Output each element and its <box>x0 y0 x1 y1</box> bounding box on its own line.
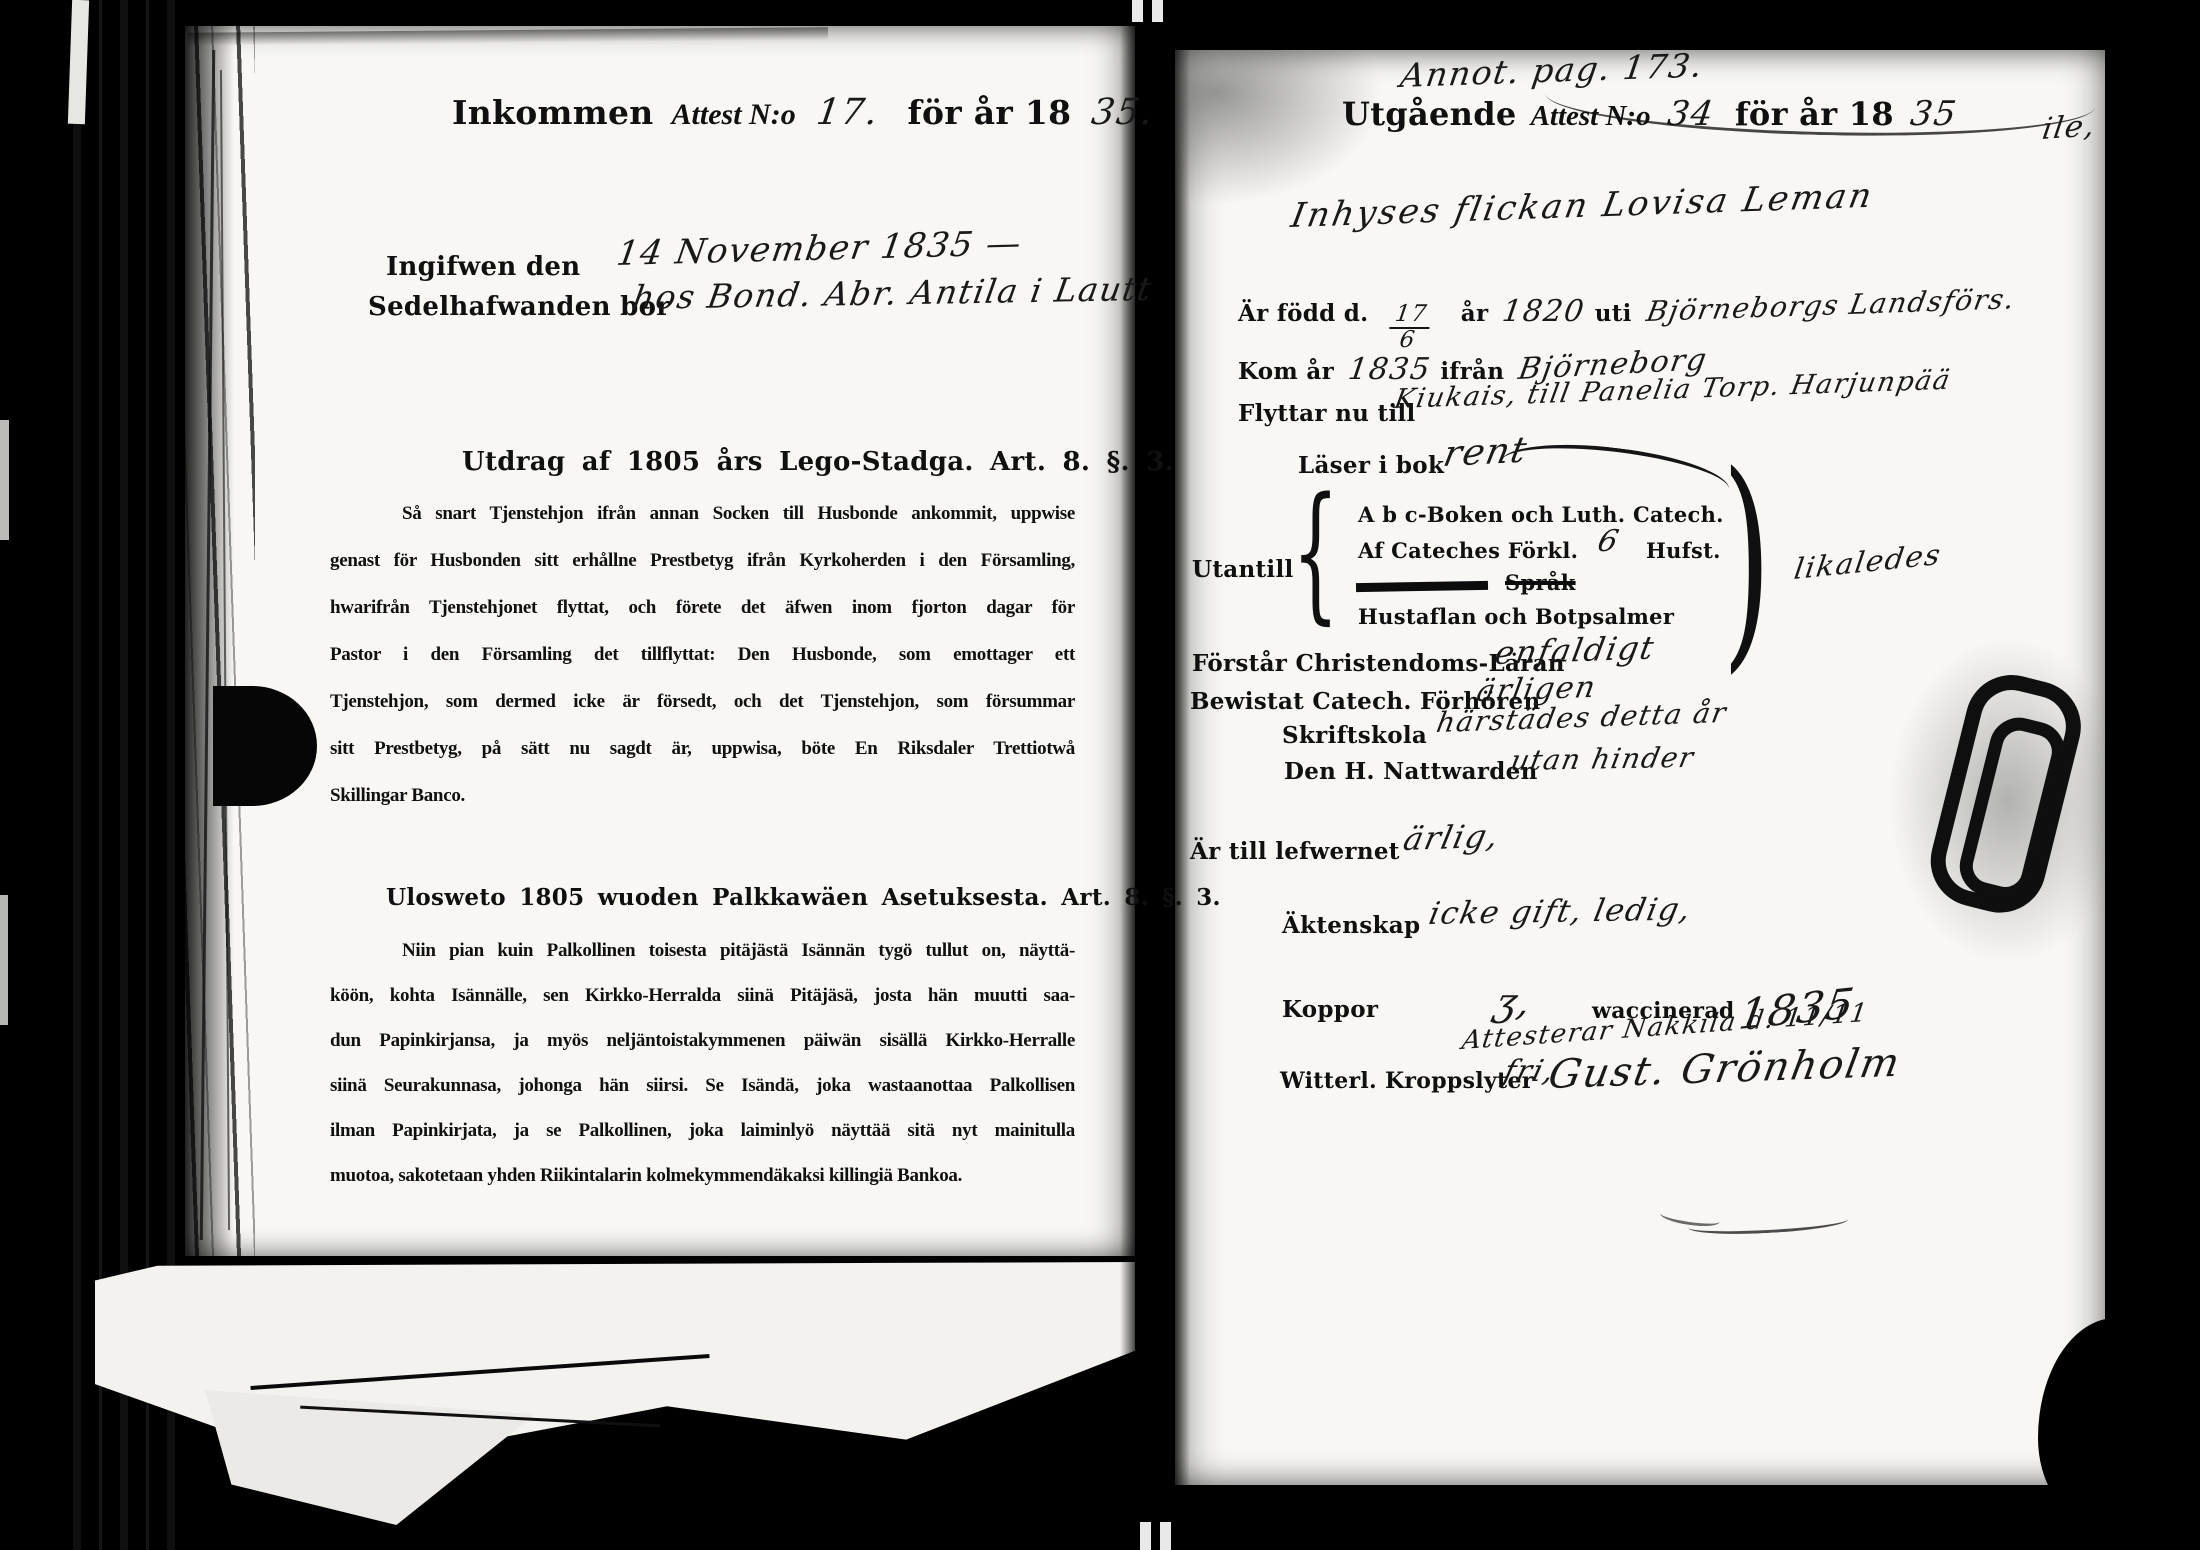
left-header-number: 17. <box>814 92 882 133</box>
nattwarden-label: Den H. Nattwarden <box>1284 758 1538 785</box>
paragraph-line: sitt Prestbetyg, på sätt nu sagdt är, up… <box>330 725 1075 772</box>
flyttar-label: Flyttar nu till <box>1238 400 1416 427</box>
born-row: Är född d. 17 6 år 1820 uti Björneborgs … <box>1238 294 2010 352</box>
left-header-year: 35. <box>1089 92 1157 133</box>
left-header-attest: Attest N:o <box>672 98 796 132</box>
sprocket-mark-top-2 <box>1152 0 1163 22</box>
paragraph-line: Skillingar Banco. <box>330 772 1075 819</box>
paragraph-line: genast för Husbonden sitt erhållne Prest… <box>330 537 1075 584</box>
ingifwen-label: Ingifwen den <box>386 252 580 282</box>
paper-sliver-low-left <box>0 895 8 1025</box>
paper-sliver-mid-left <box>0 420 9 540</box>
book-gutter <box>1120 0 1190 1550</box>
right-header-for-ar: för år 18 <box>1735 95 1894 133</box>
paragraph-line: Tjenstehjon, som dermed icke är försedt,… <box>330 678 1075 725</box>
paragraph-line: Så snart Tjenstehjon ifrån annan Socken … <box>330 490 1075 537</box>
birth-month: 6 <box>1399 329 1418 352</box>
right-header-number: 34 <box>1665 94 1717 134</box>
skriftskola-label: Skriftskola <box>1282 722 1427 749</box>
paragraph-line: Pastor i den Församling det tillflyttat:… <box>330 631 1075 678</box>
paragraph-line: siinä Seurakunnasa, johonga hän siirsi. … <box>330 1063 1075 1108</box>
finnish-paragraph: Niin pian kuin Palkollinen toisesta pitä… <box>330 928 1075 1198</box>
swedish-section-heading: Utdrag af 1805 års Lego-Stadga. Art. 8. … <box>462 447 1174 477</box>
utantill-open-brace: { <box>1292 478 1339 626</box>
paragraph-line: muotoa, sakotetaan yhden Riikintalarin k… <box>330 1153 1075 1198</box>
birthdate-fraction: 17 6 <box>1386 303 1433 352</box>
utantill-item-3-struck: Språk <box>1505 570 1576 595</box>
paragraph-line: Niin pian kuin Palkollinen toisesta pitä… <box>330 928 1075 973</box>
sprocket-mark-bottom-1 <box>1140 1522 1151 1550</box>
utantill-label: Utantill <box>1192 556 1294 583</box>
born-label: Är född d. <box>1238 300 1368 327</box>
scanned-book-spread: Inkommen Attest N:o 17. för år 18 35. In… <box>0 0 2200 1550</box>
right-header-year: 35 <box>1908 94 1960 134</box>
left-header-inkommen: Inkommen <box>452 93 654 132</box>
finnish-section-heading: Ulosweto 1805 wuoden Palkkawäen Asetukse… <box>386 884 1221 911</box>
paragraph-line: hwarifrån Tjenstehjonet flyttat, och för… <box>330 584 1075 631</box>
left-header: Inkommen Attest N:o 17. för år 18 35. <box>452 92 1151 133</box>
utantill-item-2-unit: Hufst. <box>1646 538 1721 563</box>
paragraph-line: dun Papinkirjansa, ja myös neljäntoistak… <box>330 1018 1075 1063</box>
lefwernet-label: Är till lefwernet <box>1190 838 1400 865</box>
koppor-label: Koppor <box>1282 996 1378 1023</box>
utantill-item-1: A b c-Boken och Luth. Catech. <box>1358 502 1724 527</box>
utantill-item-4: Hustaflan och Botpsalmer <box>1358 604 1674 629</box>
birth-year: 1820 <box>1500 294 1587 329</box>
right-header: Utgående Attest N:o 34 för år 18 35 <box>1342 94 1954 134</box>
forstar-value: enfaldigt <box>1492 628 1658 672</box>
sprocket-mark-top-1 <box>1132 0 1143 22</box>
utantill-close-brace: ) <box>1722 446 1772 676</box>
witterl-label: Witterl. Kroppslyter <box>1280 1068 1534 1094</box>
swedish-paragraph: Så snart Tjenstehjon ifrån annan Socken … <box>330 490 1075 819</box>
paragraph-line: köön, kohta Isännälle, sen Kirkko-Herral… <box>330 973 1075 1018</box>
aktenskap-value: icke gift, ledig, <box>1426 891 1695 932</box>
kom-label: Kom år <box>1238 358 1334 385</box>
laser-value: rent <box>1440 430 1531 475</box>
utantill-item-2: Af Cateches Förkl. <box>1358 538 1578 563</box>
lefwernet-value: ärlig, <box>1400 817 1503 858</box>
nattwarden-value: utan hinder <box>1508 741 1697 777</box>
born-uti-label: uti <box>1595 300 1632 327</box>
kom-year: 1835 <box>1346 352 1433 387</box>
left-header-for-ar: för år 18 <box>907 93 1071 132</box>
paragraph-line: ilman Papinkirjata, ja se Palkollinen, j… <box>330 1108 1075 1153</box>
right-header-utgaende: Utgående <box>1342 95 1517 133</box>
sedelhafwanden-label: Sedelhafwanden bor <box>368 292 670 322</box>
aktenskap-label: Äktenskap <box>1282 912 1420 939</box>
born-ar-label: år <box>1461 300 1489 327</box>
right-header-attest: Attest N:o <box>1531 100 1651 133</box>
page-edge-scribble: ile, <box>2040 108 2098 147</box>
birth-day: 17 <box>1390 303 1434 329</box>
sprocket-mark-bottom-2 <box>1160 1522 1171 1550</box>
